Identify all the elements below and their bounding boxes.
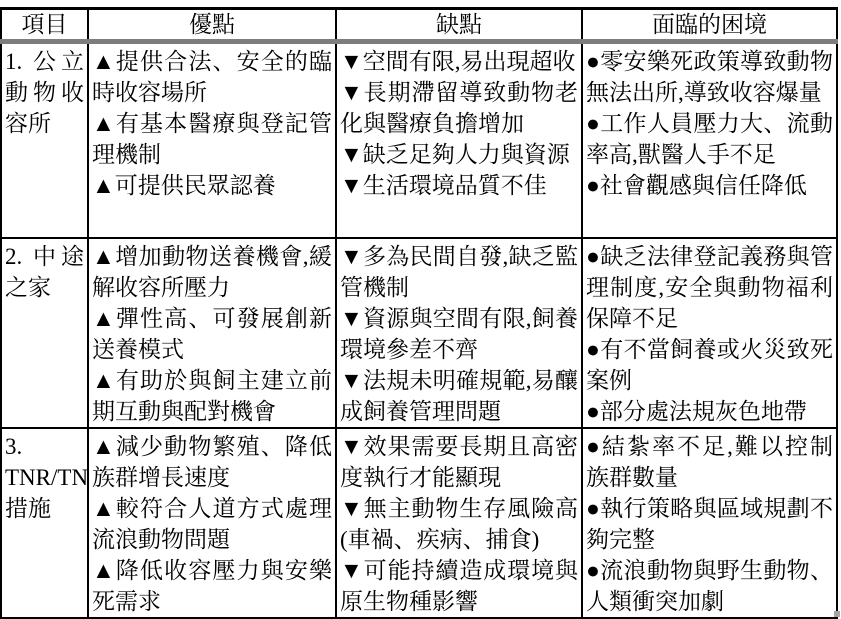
con-entry: ▼效果需要長期且高密度執行才能顯現 <box>340 431 578 493</box>
pros-cell: ▲減少動物繁殖、降低族群增長速度 ▲較符合人道方式處理流浪動物問題 ▲降低收容壓… <box>88 428 336 618</box>
column-header-challenges: 面臨的困境 <box>582 9 837 42</box>
challenge-entry: ●執行策略與區域規劃不夠完整 <box>586 493 833 555</box>
column-header-item: 項目 <box>1 9 88 42</box>
con-entry: ▼無主動物生存風險高(車禍、疾病、捕食) <box>340 493 578 555</box>
cons-cell: ▼多為民間自發,缺乏監管機制 ▼資源與空間有限,飼養環境參差不齊 ▼法規未明確規… <box>336 238 582 428</box>
table-row-tnr-tnvr: 3. TNR/TNVR 措施 ▲減少動物繁殖、降低族群增長速度 ▲較符合人道方式… <box>1 428 837 618</box>
con-entry: ▼空間有限,易出現超收 <box>340 46 578 77</box>
pro-entry: ▲增加動物送養機會,緩解收容所壓力 <box>92 241 332 303</box>
challenges-cell: ●零安樂死政策導致動物無法出所,導致收容爆量 ●工作人員壓力大、流動率高,獸醫人… <box>582 42 837 238</box>
column-header-cons: 缺點 <box>336 9 582 42</box>
challenges-cell: ●缺乏法律登記義務與管理制度,安全與動物福利保障不足 ●有不當飼養或火災致死案例… <box>582 238 837 428</box>
comparison-table-container: 項目 優點 缺點 面臨的困境 1. 公立動物收容所 ▲提供合法、安全的臨時收容場… <box>0 7 838 619</box>
table-row-public-shelter: 1. 公立動物收容所 ▲提供合法、安全的臨時收容場所 ▲有基本醫療與登記管理機制… <box>1 42 837 238</box>
con-entry: ▼可能持續造成環境與原生物種影響 <box>340 555 578 617</box>
con-entry: ▼生活環境品質不佳 <box>340 170 578 201</box>
challenge-entry: ●有不當飼養或火災致死案例 <box>586 334 833 396</box>
con-entry: ▼長期滯留導致動物老化與醫療負擔增加 <box>340 77 578 139</box>
comparison-table: 項目 優點 缺點 面臨的困境 1. 公立動物收容所 ▲提供合法、安全的臨時收容場… <box>0 7 838 619</box>
item-cell: 3. TNR/TNVR 措施 <box>1 428 88 618</box>
pro-entry: ▲有基本醫療與登記管理機制 <box>92 108 332 170</box>
con-entry: ▼多為民間自發,缺乏監管機制 <box>340 241 578 303</box>
pros-cell: ▲提供合法、安全的臨時收容場所 ▲有基本醫療與登記管理機制 ▲可提供民眾認養 <box>88 42 336 238</box>
document-page: 項目 優點 缺點 面臨的困境 1. 公立動物收容所 ▲提供合法、安全的臨時收容場… <box>0 0 841 619</box>
challenge-entry: ●社會觀感與信任降低 <box>586 170 833 201</box>
pro-entry: ▲有助於與飼主建立前期互動與配對機會 <box>92 365 332 427</box>
con-entry: ▼法規未明確規範,易釀成飼養管理問題 <box>340 365 578 427</box>
column-header-pros: 優點 <box>88 9 336 42</box>
table-resize-handle[interactable] <box>834 611 840 617</box>
pro-entry: ▲較符合人道方式處理流浪動物問題 <box>92 493 332 555</box>
challenge-entry: ●部分處法規灰色地帶 <box>586 396 833 427</box>
item-cell: 1. 公立動物收容所 <box>1 42 88 238</box>
pro-entry: ▲減少動物繁殖、降低族群增長速度 <box>92 431 332 493</box>
pro-entry: ▲彈性高、可發展創新送養模式 <box>92 303 332 365</box>
challenges-cell: ●結紮率不足,難以控制族群數量 ●執行策略與區域規劃不夠完整 ●流浪動物與野生動… <box>582 428 837 618</box>
challenge-entry: ●流浪動物與野生動物、人類衝突加劇 <box>586 555 833 617</box>
cons-cell: ▼效果需要長期且高密度執行才能顯現 ▼無主動物生存風險高(車禍、疾病、捕食) ▼… <box>336 428 582 618</box>
item-cell: 2. 中途之家 <box>1 238 88 428</box>
challenge-entry: ●結紮率不足,難以控制族群數量 <box>586 431 833 493</box>
challenge-entry: ●零安樂死政策導致動物無法出所,導致收容爆量 <box>586 46 833 108</box>
con-entry: ▼資源與空間有限,飼養環境參差不齊 <box>340 303 578 365</box>
con-entry: ▼缺乏足夠人力與資源 <box>340 139 578 170</box>
table-row-foster-home: 2. 中途之家 ▲增加動物送養機會,緩解收容所壓力 ▲彈性高、可發展創新送養模式… <box>1 238 837 428</box>
pros-cell: ▲增加動物送養機會,緩解收容所壓力 ▲彈性高、可發展創新送養模式 ▲有助於與飼主… <box>88 238 336 428</box>
pro-entry: ▲可提供民眾認養 <box>92 170 332 201</box>
table-header-row: 項目 優點 缺點 面臨的困境 <box>1 9 837 42</box>
pro-entry: ▲提供合法、安全的臨時收容場所 <box>92 46 332 108</box>
challenge-entry: ●缺乏法律登記義務與管理制度,安全與動物福利保障不足 <box>586 241 833 334</box>
cons-cell: ▼空間有限,易出現超收 ▼長期滯留導致動物老化與醫療負擔增加 ▼缺乏足夠人力與資… <box>336 42 582 238</box>
challenge-entry: ●工作人員壓力大、流動率高,獸醫人手不足 <box>586 108 833 170</box>
pro-entry: ▲降低收容壓力與安樂死需求 <box>92 555 332 617</box>
